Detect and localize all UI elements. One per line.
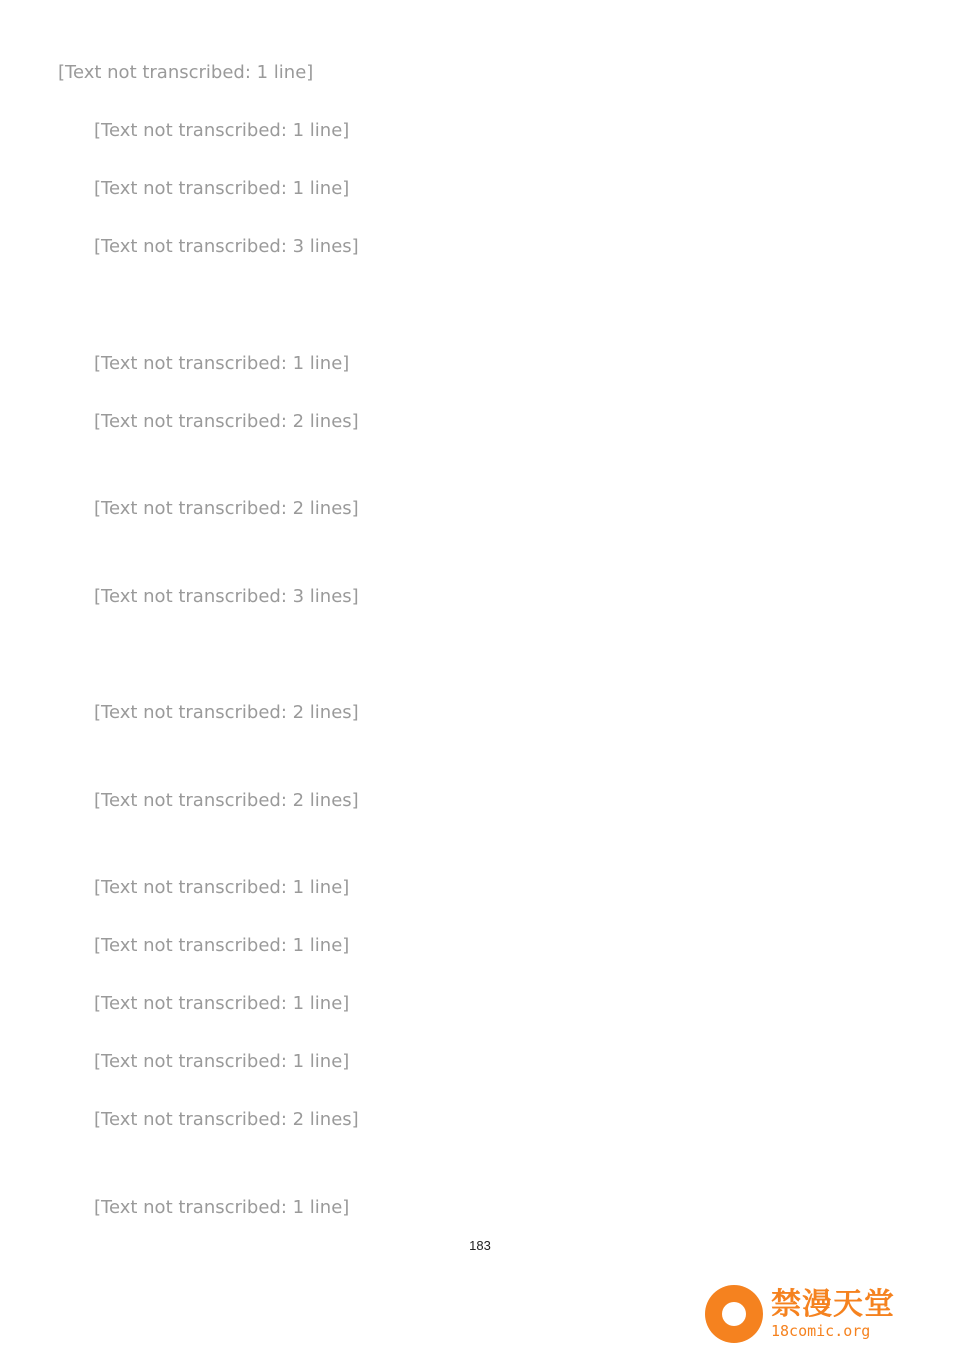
paragraph-9: [Text not transcribed: 2 lines] xyxy=(58,698,903,757)
watermark-text: 禁漫天堂 18comic.org xyxy=(771,1288,895,1340)
paragraph-5: [Text not transcribed: 1 line] xyxy=(58,349,903,379)
paragraph-1: [Text not transcribed: 1 line] xyxy=(58,58,903,88)
page-number: 183 xyxy=(0,1238,960,1253)
paragraph-16: [Text not transcribed: 1 line] xyxy=(58,1193,903,1223)
site-watermark: 禁漫天堂 18comic.org xyxy=(705,1278,925,1350)
page-body: [Text not transcribed: 1 line] [Text not… xyxy=(58,58,903,1251)
paragraph-4: [Text not transcribed: 3 lines] xyxy=(58,232,903,320)
paragraph-7: [Text not transcribed: 2 lines] xyxy=(58,494,903,553)
watermark-title: 禁漫天堂 xyxy=(771,1288,895,1322)
watermark-url: 18comic.org xyxy=(771,1322,895,1340)
paragraph-6: [Text not transcribed: 2 lines] xyxy=(58,407,903,466)
watermark-logo-icon xyxy=(705,1285,763,1343)
paragraph-10: [Text not transcribed: 2 lines] xyxy=(58,786,903,845)
paragraph-14: [Text not transcribed: 1 line] xyxy=(58,1047,903,1077)
paragraph-11: [Text not transcribed: 1 line] xyxy=(58,873,903,903)
paragraph-3: [Text not transcribed: 1 line] xyxy=(58,174,903,204)
paragraph-8: [Text not transcribed: 3 lines] xyxy=(58,582,903,670)
paragraph-13: [Text not transcribed: 1 line] xyxy=(58,989,903,1019)
paragraph-15: [Text not transcribed: 2 lines] xyxy=(58,1105,903,1164)
paragraph-2: [Text not transcribed: 1 line] xyxy=(58,116,903,146)
paragraph-12: [Text not transcribed: 1 line] xyxy=(58,931,903,961)
